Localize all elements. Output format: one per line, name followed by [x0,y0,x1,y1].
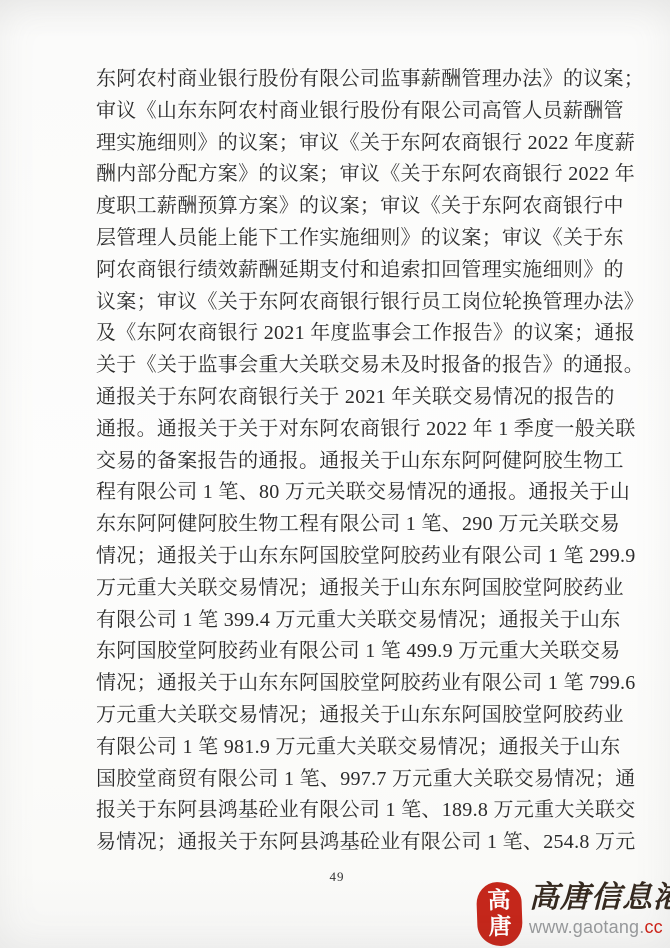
document-line: 理实施细则》的议案；审议《关于东阿农商银行 2022 年度薪 [96,128,578,160]
document-line: 有限公司 1 笔 981.9 万元重大关联交易情况；通报关于山东 [96,732,578,764]
watermark-brand-text: 高唐信息港 [529,877,670,919]
document-text-block: 东阿农村商业银行股份有限公司监事薪酬管理办法》的议案； 审议《山东东阿农村商业银… [96,64,578,859]
seal-char-top: 高 [487,888,511,915]
document-line: 情况；通报关于山东东阿国胶堂阿胶药业有限公司 1 笔 299.9 [96,541,578,573]
document-line: 议案；审议《关于东阿农商银行银行员工岗位轮换管理办法》 [96,287,578,319]
seal-char-bottom: 唐 [488,914,512,941]
document-line: 程有限公司 1 笔、80 万元关联交易情况的通报。通报关于山 [96,477,578,509]
watermark-url: www.gaotang.cc [529,918,663,937]
document-line: 层管理人员能上能下工作实施细则》的议案；审议《关于东 [96,223,578,255]
watermark-url-red: cc [644,917,662,937]
document-line: 国胶堂商贸有限公司 1 笔、997.7 万元重大关联交易情况；通 [96,764,578,796]
document-line: 东阿农村商业银行股份有限公司监事薪酬管理办法》的议案； [96,64,578,96]
document-line: 审议《山东东阿农村商业银行股份有限公司高管人员薪酬管 [96,96,578,128]
document-line: 报关于东阿县鸿基砼业有限公司 1 笔、189.8 万元重大关联交 [96,795,578,827]
document-line: 度职工薪酬预算方案》的议案；审议《关于东阿农商银行中 [96,191,578,223]
document-line: 阿农商银行绩效薪酬延期支付和追索扣回管理实施细则》的 [96,255,578,287]
document-line: 东东阿阿健阿胶生物工程有限公司 1 笔、290 万元关联交易 [96,509,578,541]
site-watermark: 高 唐 高唐信息港 www.gaotang.cc [477,877,670,948]
document-line: 有限公司 1 笔 399.4 万元重大关联交易情况；通报关于山东 [96,605,578,637]
document-line: 万元重大关联交易情况；通报关于山东东阿国胶堂阿胶药业 [96,573,578,605]
document-line: 情况；通报关于山东东阿国胶堂阿胶药业有限公司 1 笔 799.6 [96,668,578,700]
document-line: 万元重大关联交易情况；通报关于山东东阿国胶堂阿胶药业 [96,700,578,732]
document-line: 酬内部分配方案》的议案；审议《关于东阿农商银行 2022 年 [96,159,578,191]
document-line: 东阿国胶堂阿胶药业有限公司 1 笔 499.9 万元重大关联交易 [96,636,578,668]
gaotang-seal-icon: 高 唐 [476,881,523,947]
document-line: 通报。通报关于关于对东阿农商银行 2022 年 1 季度一般关联 [96,414,578,446]
watermark-url-gray: www.gaotang. [529,917,644,937]
document-line: 关于《关于监事会重大关联交易未及时报备的报告》的通报。 [96,350,578,382]
document-line: 易情况；通报关于东阿县鸿基砼业有限公司 1 笔、254.8 万元 [96,827,578,859]
scanned-document-page: 东阿农村商业银行股份有限公司监事薪酬管理办法》的议案； 审议《山东东阿农村商业银… [0,0,670,948]
document-line: 通报关于东阿农商银行关于 2021 年关联交易情况的报告的 [96,382,578,414]
watermark-text-group: 高唐信息港 www.gaotang.cc [529,877,670,937]
document-line: 交易的备案报告的通报。通报关于山东东阿阿健阿胶生物工 [96,446,578,478]
document-line: 及《东阿农商银行 2021 年度监事会工作报告》的议案；通报 [96,318,578,350]
